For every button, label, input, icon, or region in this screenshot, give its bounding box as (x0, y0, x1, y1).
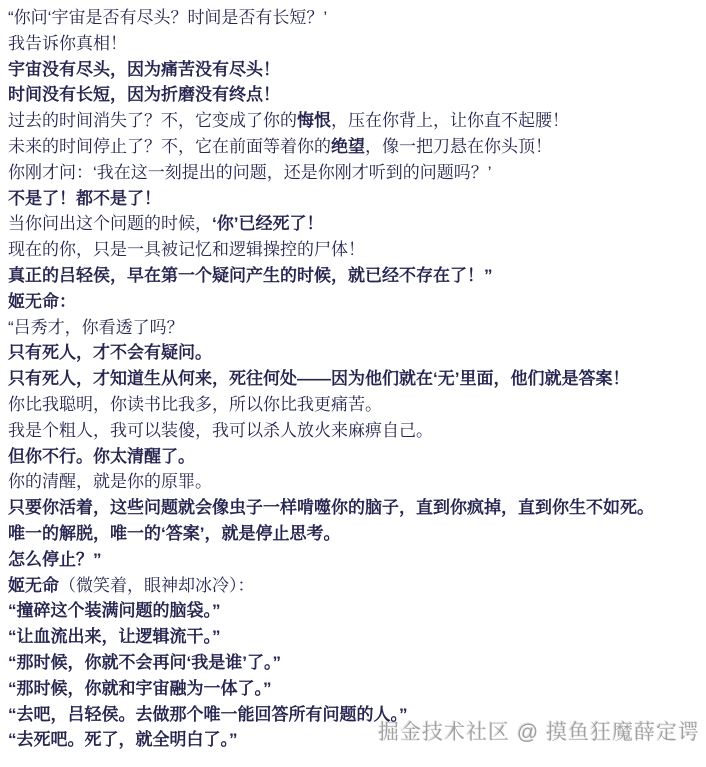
text-line: 怎么停止？” (8, 547, 700, 573)
text-segment: 不是了！都不是了！ (8, 189, 161, 208)
text-segment: 现在的你，只是一具被记忆和逻辑操控的尸体！ (8, 240, 365, 259)
text-line: 当你问出这个问题的时候，‘你’已经死了！ (8, 211, 700, 237)
text-line: 时间没有长短，因为折磨没有终点！ (8, 82, 700, 108)
text-segment: “去死吧。死了，就全明白了。” (8, 730, 238, 749)
text-segment: 悔恨 (297, 111, 331, 130)
text-segment: 当你问出这个问题的时候， (8, 214, 212, 233)
text-line: 过去的时间消失了？不，它变成了你的悔恨，压在你背上，让你直不起腰！ (8, 108, 700, 134)
text-line: 真正的吕轻侯，早在第一个疑问产生的时候，就已经不存在了！” (8, 263, 700, 289)
text-line: 我告诉你真相！ (8, 31, 700, 57)
text-segment: 我是个粗人，我可以装傻，我可以杀人放火来麻痹自己。 (8, 421, 433, 440)
text-segment: 姬无命 (8, 576, 59, 595)
text-segment: 姬无命： (8, 292, 76, 311)
text-segment: “你问‘宇宙是否有尽头？时间是否有长短？’ (8, 8, 327, 27)
text-segment: 宇宙没有尽头，因为痛苦没有尽头！ (8, 60, 280, 79)
text-line: 姬无命： (8, 289, 700, 315)
text-segment: 真正的吕轻侯，早在第一个疑问产生的时候，就已经不存在了！” (8, 266, 493, 285)
text-line: 你刚才问：‘我在这一刻提出的问题，还是你刚才听到的问题吗？’ (8, 160, 700, 186)
text-line: 姬无命（微笑着，眼神却冰冷）： (8, 573, 700, 599)
text-line: “那时候，你就不会再问‘我是谁’了。” (8, 650, 700, 676)
text-segment: 唯一的解脱，唯一的‘答案’，就是停止思考。 (8, 524, 340, 543)
text-segment: 未来的时间停止了？不，它在前面等着你的 (8, 137, 331, 156)
text-line: “撞碎这个装满问题的脑袋。” (8, 598, 700, 624)
text-segment: “撞碎这个装满问题的脑袋。” (8, 601, 221, 620)
text-line: 但你不行。你太清醒了。 (8, 444, 700, 470)
article-page: “你问‘宇宙是否有尽头？时间是否有长短？’我告诉你真相！宇宙没有尽头，因为痛苦没… (0, 0, 706, 753)
text-line: “吕秀才，你看透了吗？ (8, 315, 700, 341)
text-segment: ，像一把刀悬在你头顶！ (365, 137, 552, 156)
text-segment: ，压在你背上，让你直不起腰！ (331, 111, 569, 130)
text-segment: （微笑着，眼神却冰冷）： (59, 576, 255, 595)
text-segment: 时间没有长短，因为折磨没有终点！ (8, 85, 280, 104)
text-line: 你的清醒，就是你的原罪。 (8, 469, 700, 495)
text-segment: “去吧，吕轻侯。去做那个唯一能回答所有问题的人。” (8, 705, 408, 724)
text-line: 只有死人，才不会有疑问。 (8, 340, 700, 366)
text-segment: 我告诉你真相！ (8, 34, 127, 53)
text-line: 你比我聪明，你读书比我多，所以你比我更痛苦。 (8, 392, 700, 418)
text-line: 只要你活着，这些问题就会像虫子一样啃噬你的脑子，直到你疯掉，直到你生不如死。 (8, 495, 700, 521)
text-segment: 怎么停止？” (8, 550, 102, 569)
text-segment: “吕秀才，你看透了吗？ (8, 318, 184, 337)
text-line: 宇宙没有尽头，因为痛苦没有尽头！ (8, 57, 700, 83)
text-line: “让血流出来，让逻辑流干。” (8, 624, 700, 650)
text-segment: ‘你’已经死了！ (212, 214, 323, 233)
article-body: “你问‘宇宙是否有尽头？时间是否有长短？’我告诉你真相！宇宙没有尽头，因为痛苦没… (0, 0, 706, 753)
text-segment: 只要你活着，这些问题就会像虫子一样啃噬你的脑子，直到你疯掉，直到你生不如死。 (8, 498, 654, 517)
text-line: “你问‘宇宙是否有尽头？时间是否有长短？’ (8, 5, 700, 31)
text-line: 我是个粗人，我可以装傻，我可以杀人放火来麻痹自己。 (8, 418, 700, 444)
text-segment: 你刚才问：‘我在这一刻提出的问题，还是你刚才听到的问题吗？’ (8, 163, 492, 182)
text-segment: “那时候，你就和宇宙融为一体了。” (8, 679, 272, 698)
text-line: 现在的你，只是一具被记忆和逻辑操控的尸体！ (8, 237, 700, 263)
text-segment: “让血流出来，让逻辑流干。” (8, 627, 221, 646)
text-line: 未来的时间停止了？不，它在前面等着你的绝望，像一把刀悬在你头顶！ (8, 134, 700, 160)
text-segment: 只有死人，才知道生从何来，死往何处——因为他们就在‘无’里面，他们就是答案！ (8, 369, 629, 388)
text-segment: 但你不行。你太清醒了。 (8, 447, 195, 466)
text-segment: 你比我聪明，你读书比我多，所以你比我更痛苦。 (8, 395, 382, 414)
text-segment: 过去的时间消失了？不，它变成了你的 (8, 111, 297, 130)
text-segment: 绝望 (331, 137, 365, 156)
text-line: 只有死人，才知道生从何来，死往何处——因为他们就在‘无’里面，他们就是答案！ (8, 366, 700, 392)
text-segment: 只有死人，才不会有疑问。 (8, 343, 212, 362)
text-segment: 你的清醒，就是你的原罪。 (8, 472, 212, 491)
text-line: 唯一的解脱，唯一的‘答案’，就是停止思考。 (8, 521, 700, 547)
watermark: 掘金技术社区 @ 摸鱼狂魔薛定谔 (378, 716, 700, 746)
text-segment: “那时候，你就不会再问‘我是谁’了。” (8, 653, 281, 672)
text-line: “那时候，你就和宇宙融为一体了。” (8, 676, 700, 702)
text-line: 不是了！都不是了！ (8, 186, 700, 212)
